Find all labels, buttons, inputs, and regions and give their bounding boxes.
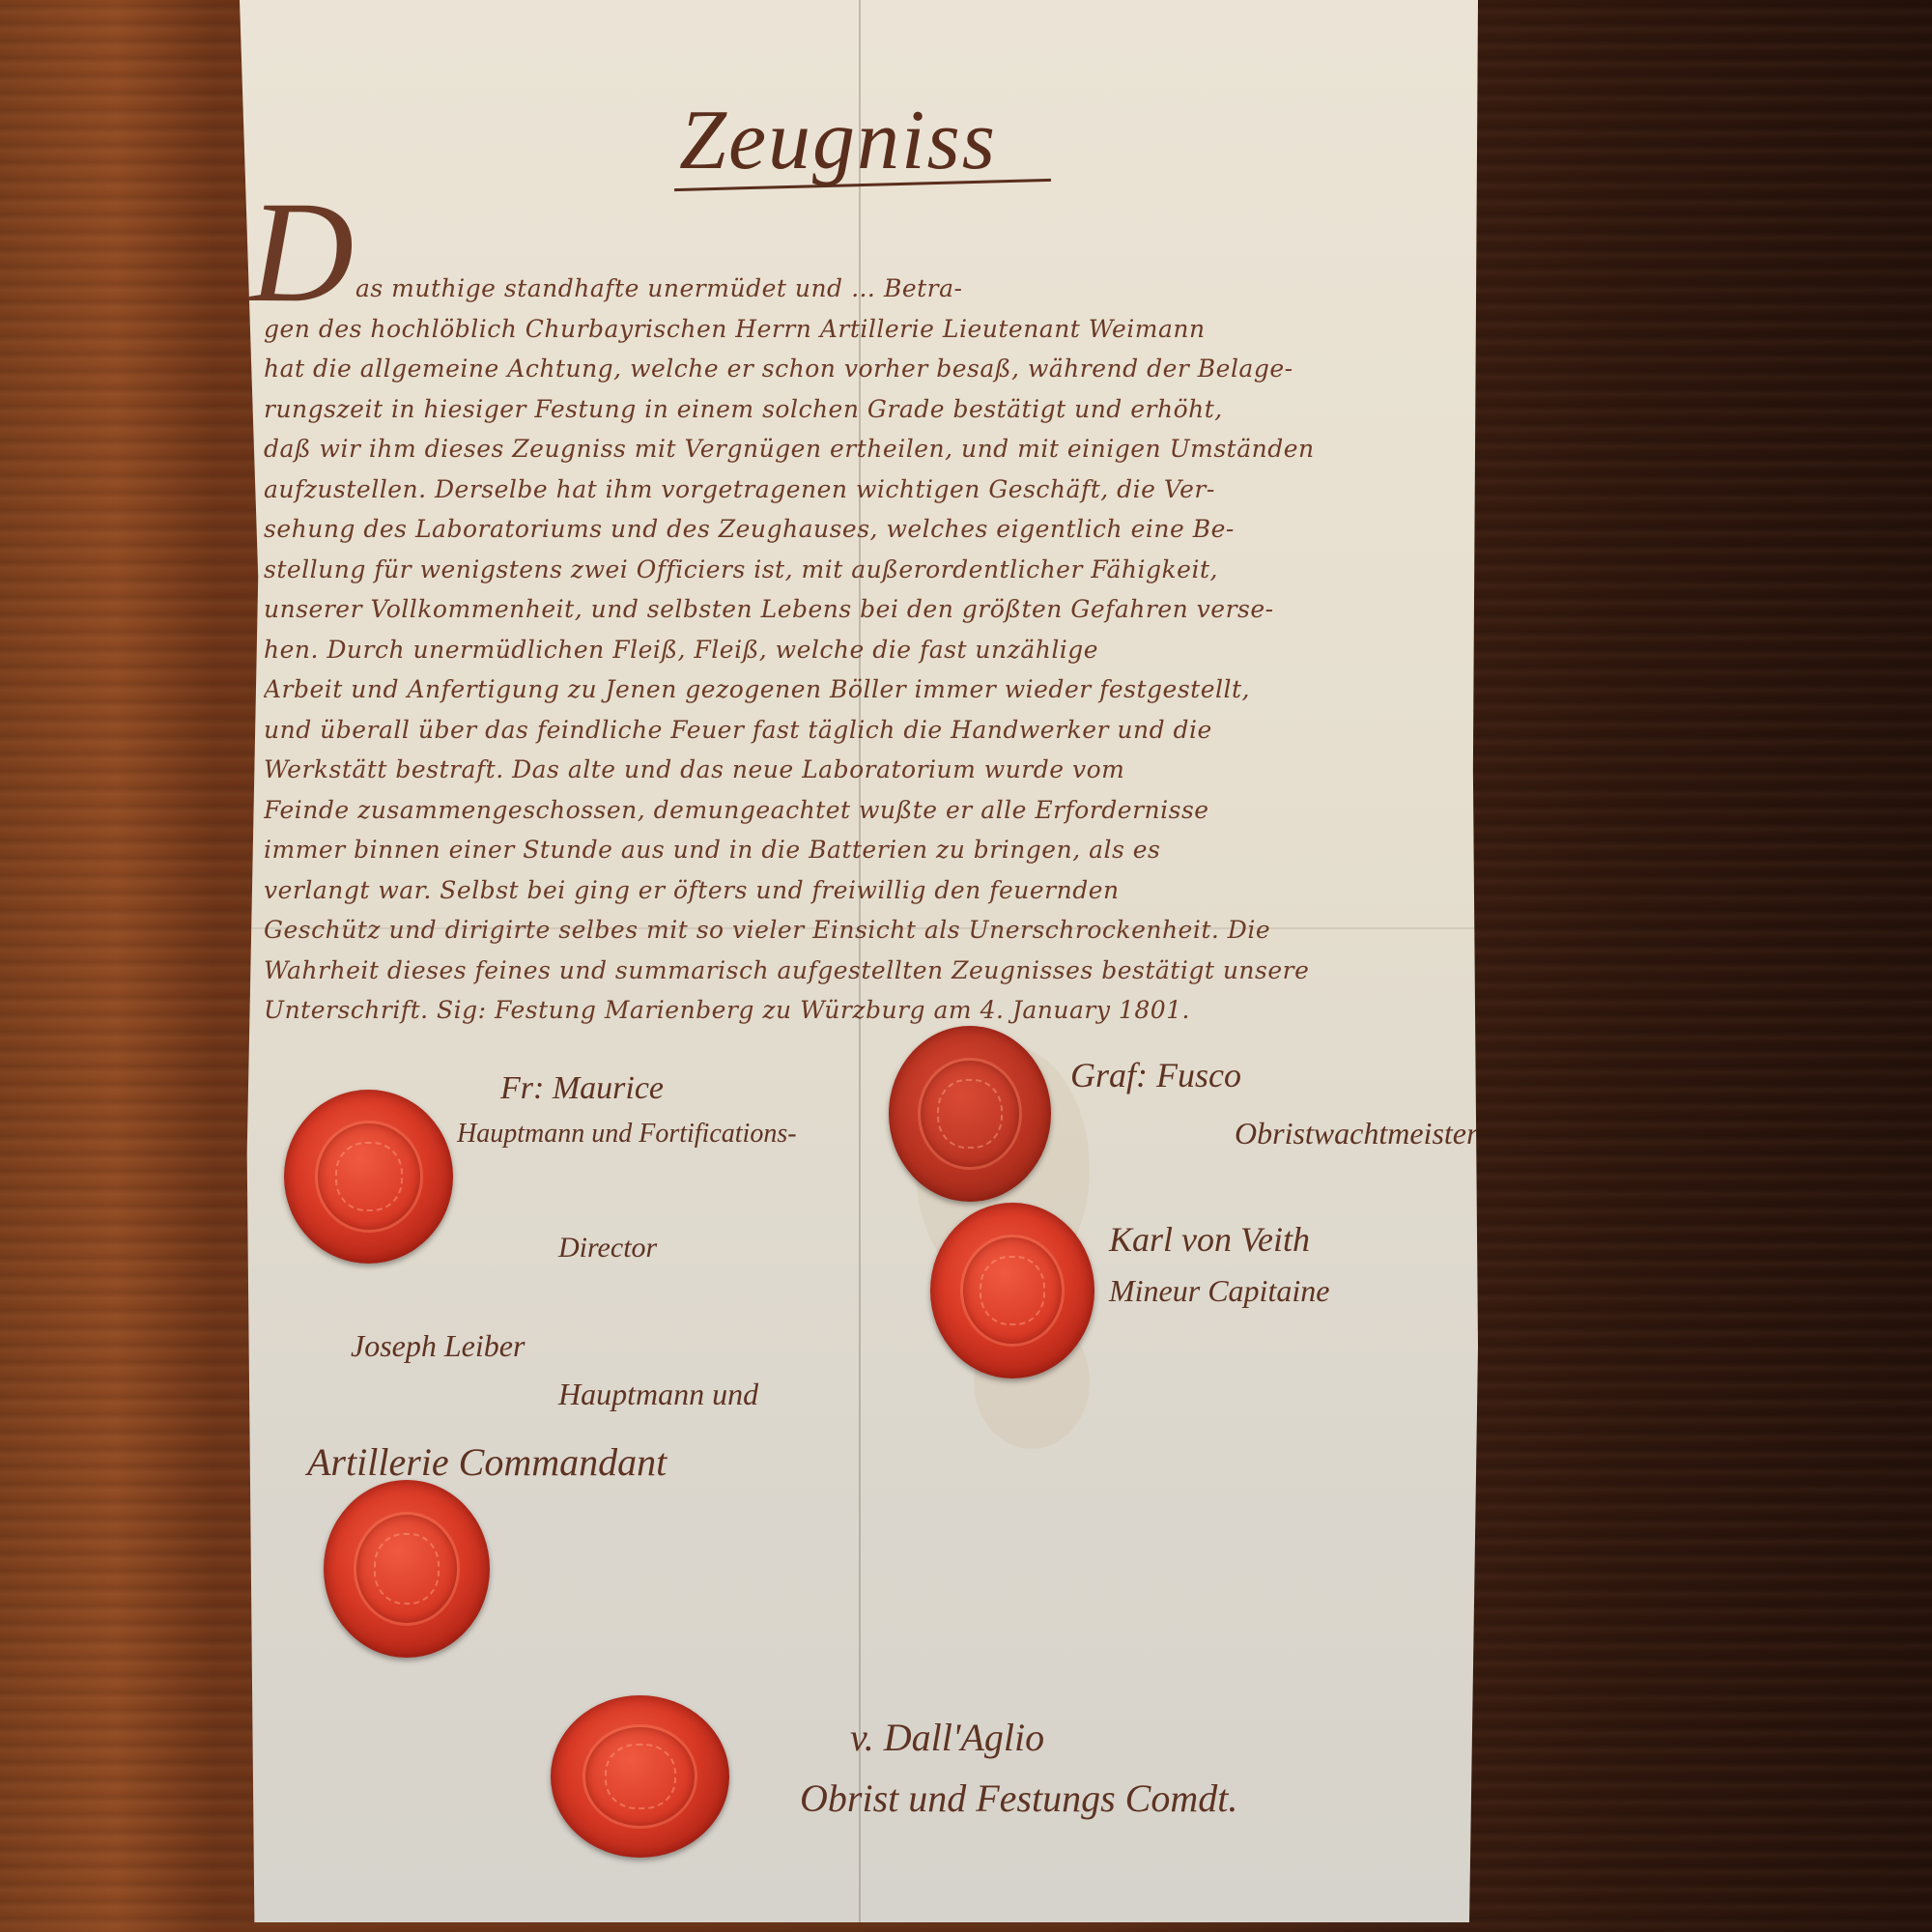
body-line: Arbeit und Anfertigung zu Jenen gezogene… [264,669,1442,710]
signature-maurice-role: Director [558,1232,657,1264]
certificate-body: as muthige standhafte unermüdet und … Be… [264,269,1442,1031]
body-line: rungszeit in hiesiger Festung in einem s… [264,389,1442,430]
body-line: Feinde zusammengeschossen, demungeachtet… [264,790,1442,831]
coat-of-arms-icon [335,1142,403,1211]
body-line: immer binnen einer Stunde aus und in die… [264,830,1442,870]
signature-commandant-name: Joseph Leiber [351,1328,525,1364]
body-line: sehung des Laboratoriums und des Zeughau… [264,509,1442,550]
date-line: Unterschrift. Sig: Festung Marienberg zu… [264,990,1442,1031]
signature-commandant-role: Artillerie Commandant [307,1439,667,1485]
body-line: und überall über das feindliche Feuer fa… [264,710,1442,751]
wax-seal [551,1695,729,1858]
body-line: Werkstätt bestraft. Das alte und das neu… [264,750,1442,790]
signature-maurice-title: Hauptmann und Fortifications- [457,1119,797,1150]
body-line: hat die allgemeine Achtung, welche er sc… [264,349,1442,389]
signature-dallaglio-name: v. Dall'Aglio [850,1715,1044,1760]
body-line: verlangt war. Selbst bei ging er öfters … [264,870,1442,911]
signature-fusco-name: Graf: Fusco [1070,1055,1241,1095]
signature-dallaglio-title: Obrist und Festungs Comdt. [800,1776,1237,1821]
signature-veith-name: Karl von Veith [1109,1219,1310,1260]
signature-maurice-name: Fr: Maurice [500,1070,664,1107]
signature-fusco-title: Obristwachtmeister [1235,1116,1478,1151]
coat-of-arms-icon [374,1533,440,1605]
wax-seal [324,1480,490,1658]
body-line: as muthige standhafte unermüdet und … Be… [264,269,1442,309]
body-line: unserer Vollkommenheit, und selbsten Leb… [264,589,1442,630]
document-sheet: Zeugniss D as muthige standhafte unermüd… [240,0,1478,1922]
body-line: stellung für wenigstens zwei Officiers i… [264,550,1442,590]
body-line: aufzustellen. Derselbe hat ihm vorgetrag… [264,469,1442,510]
body-line: Wahrheit dieses feines und summarisch au… [264,951,1442,991]
crown-crest-icon [980,1256,1045,1326]
wax-seal [930,1203,1094,1378]
body-line: gen des hochlöblich Churbayrischen Herrn… [264,309,1442,350]
wax-seal [284,1090,453,1264]
body-line: hen. Durch unermüdlichen Fleiß, Fleiß, w… [264,630,1442,670]
coat-of-arms-icon [605,1744,676,1808]
wax-seal [889,1026,1051,1202]
coat-of-arms-icon [937,1079,1002,1150]
body-line: Geschütz und dirigirte selbes mit so vie… [264,910,1442,951]
signature-commandant-title: Hauptmann und [558,1377,758,1412]
document-title: Zeugniss [679,92,997,189]
body-line: daß wir ihm dieses Zeugniss mit Vergnüge… [264,429,1442,469]
signature-veith-title: Mineur Capitaine [1109,1273,1329,1309]
